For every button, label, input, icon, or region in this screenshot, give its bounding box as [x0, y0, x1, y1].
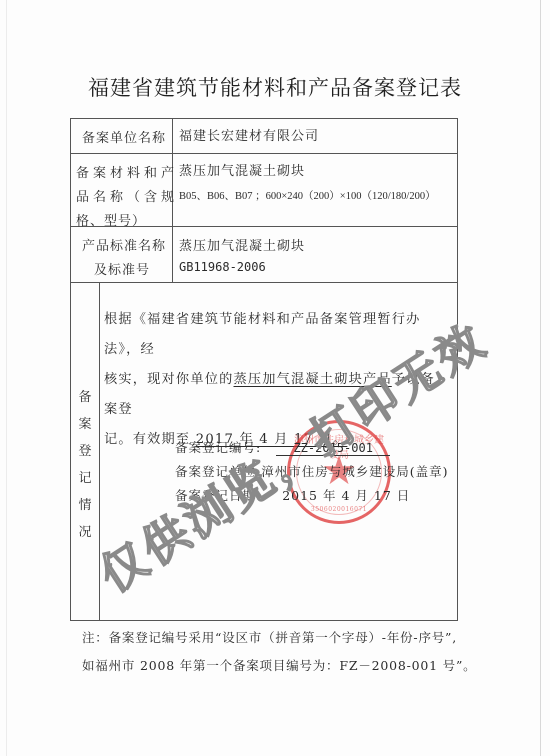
label-char: 备	[70, 384, 100, 411]
note-line-2: 如福州市 2008 年第一个备案项目编号为：FZ－2008-001 号”。	[82, 656, 476, 674]
value-material-name: 蒸压加气混凝土砌块	[179, 160, 305, 179]
row-divider	[70, 282, 458, 283]
label-filing-unit: 备案单位名称	[82, 127, 166, 146]
label-registration-status: 备 案 登 记 情 况	[70, 384, 100, 546]
label-char: 记	[70, 465, 100, 492]
row-divider	[70, 153, 458, 154]
value-material-spec: B05、B06、B07 ；600×240（200）×100（120/180/20…	[179, 188, 436, 203]
reg-date-value: 2015 年 4 月 17 日	[282, 488, 410, 503]
value-standard-name: 蒸压加气混凝土砌块	[179, 235, 305, 254]
label-material-line3: 格、型号）	[76, 210, 146, 229]
label-char: 案	[70, 411, 100, 438]
label-char: 登	[70, 438, 100, 465]
label-standard-line1: 产品标准名称	[82, 235, 166, 254]
label-material-line1: 备案材料和产	[76, 162, 178, 181]
note-line-1: 注：备案登记编号采用“设区市（拼音第一个字母）-年份-序号”,	[82, 628, 457, 646]
page-edge	[540, 0, 541, 756]
paragraph-text: 核实，现对你单位的	[104, 372, 234, 387]
label-material-line2: 品名称（含规	[76, 186, 178, 205]
document-title: 福建省建筑节能材料和产品备案登记表	[0, 72, 550, 102]
seal-code: 3506020016071	[290, 506, 388, 513]
page-edge	[6, 0, 7, 756]
label-char: 情	[70, 492, 100, 519]
label-standard-line2: 及标准号	[94, 259, 150, 278]
value-filing-unit: 福建长宏建材有限公司	[179, 125, 319, 144]
value-standard-number: GB11968-2006	[179, 260, 266, 274]
